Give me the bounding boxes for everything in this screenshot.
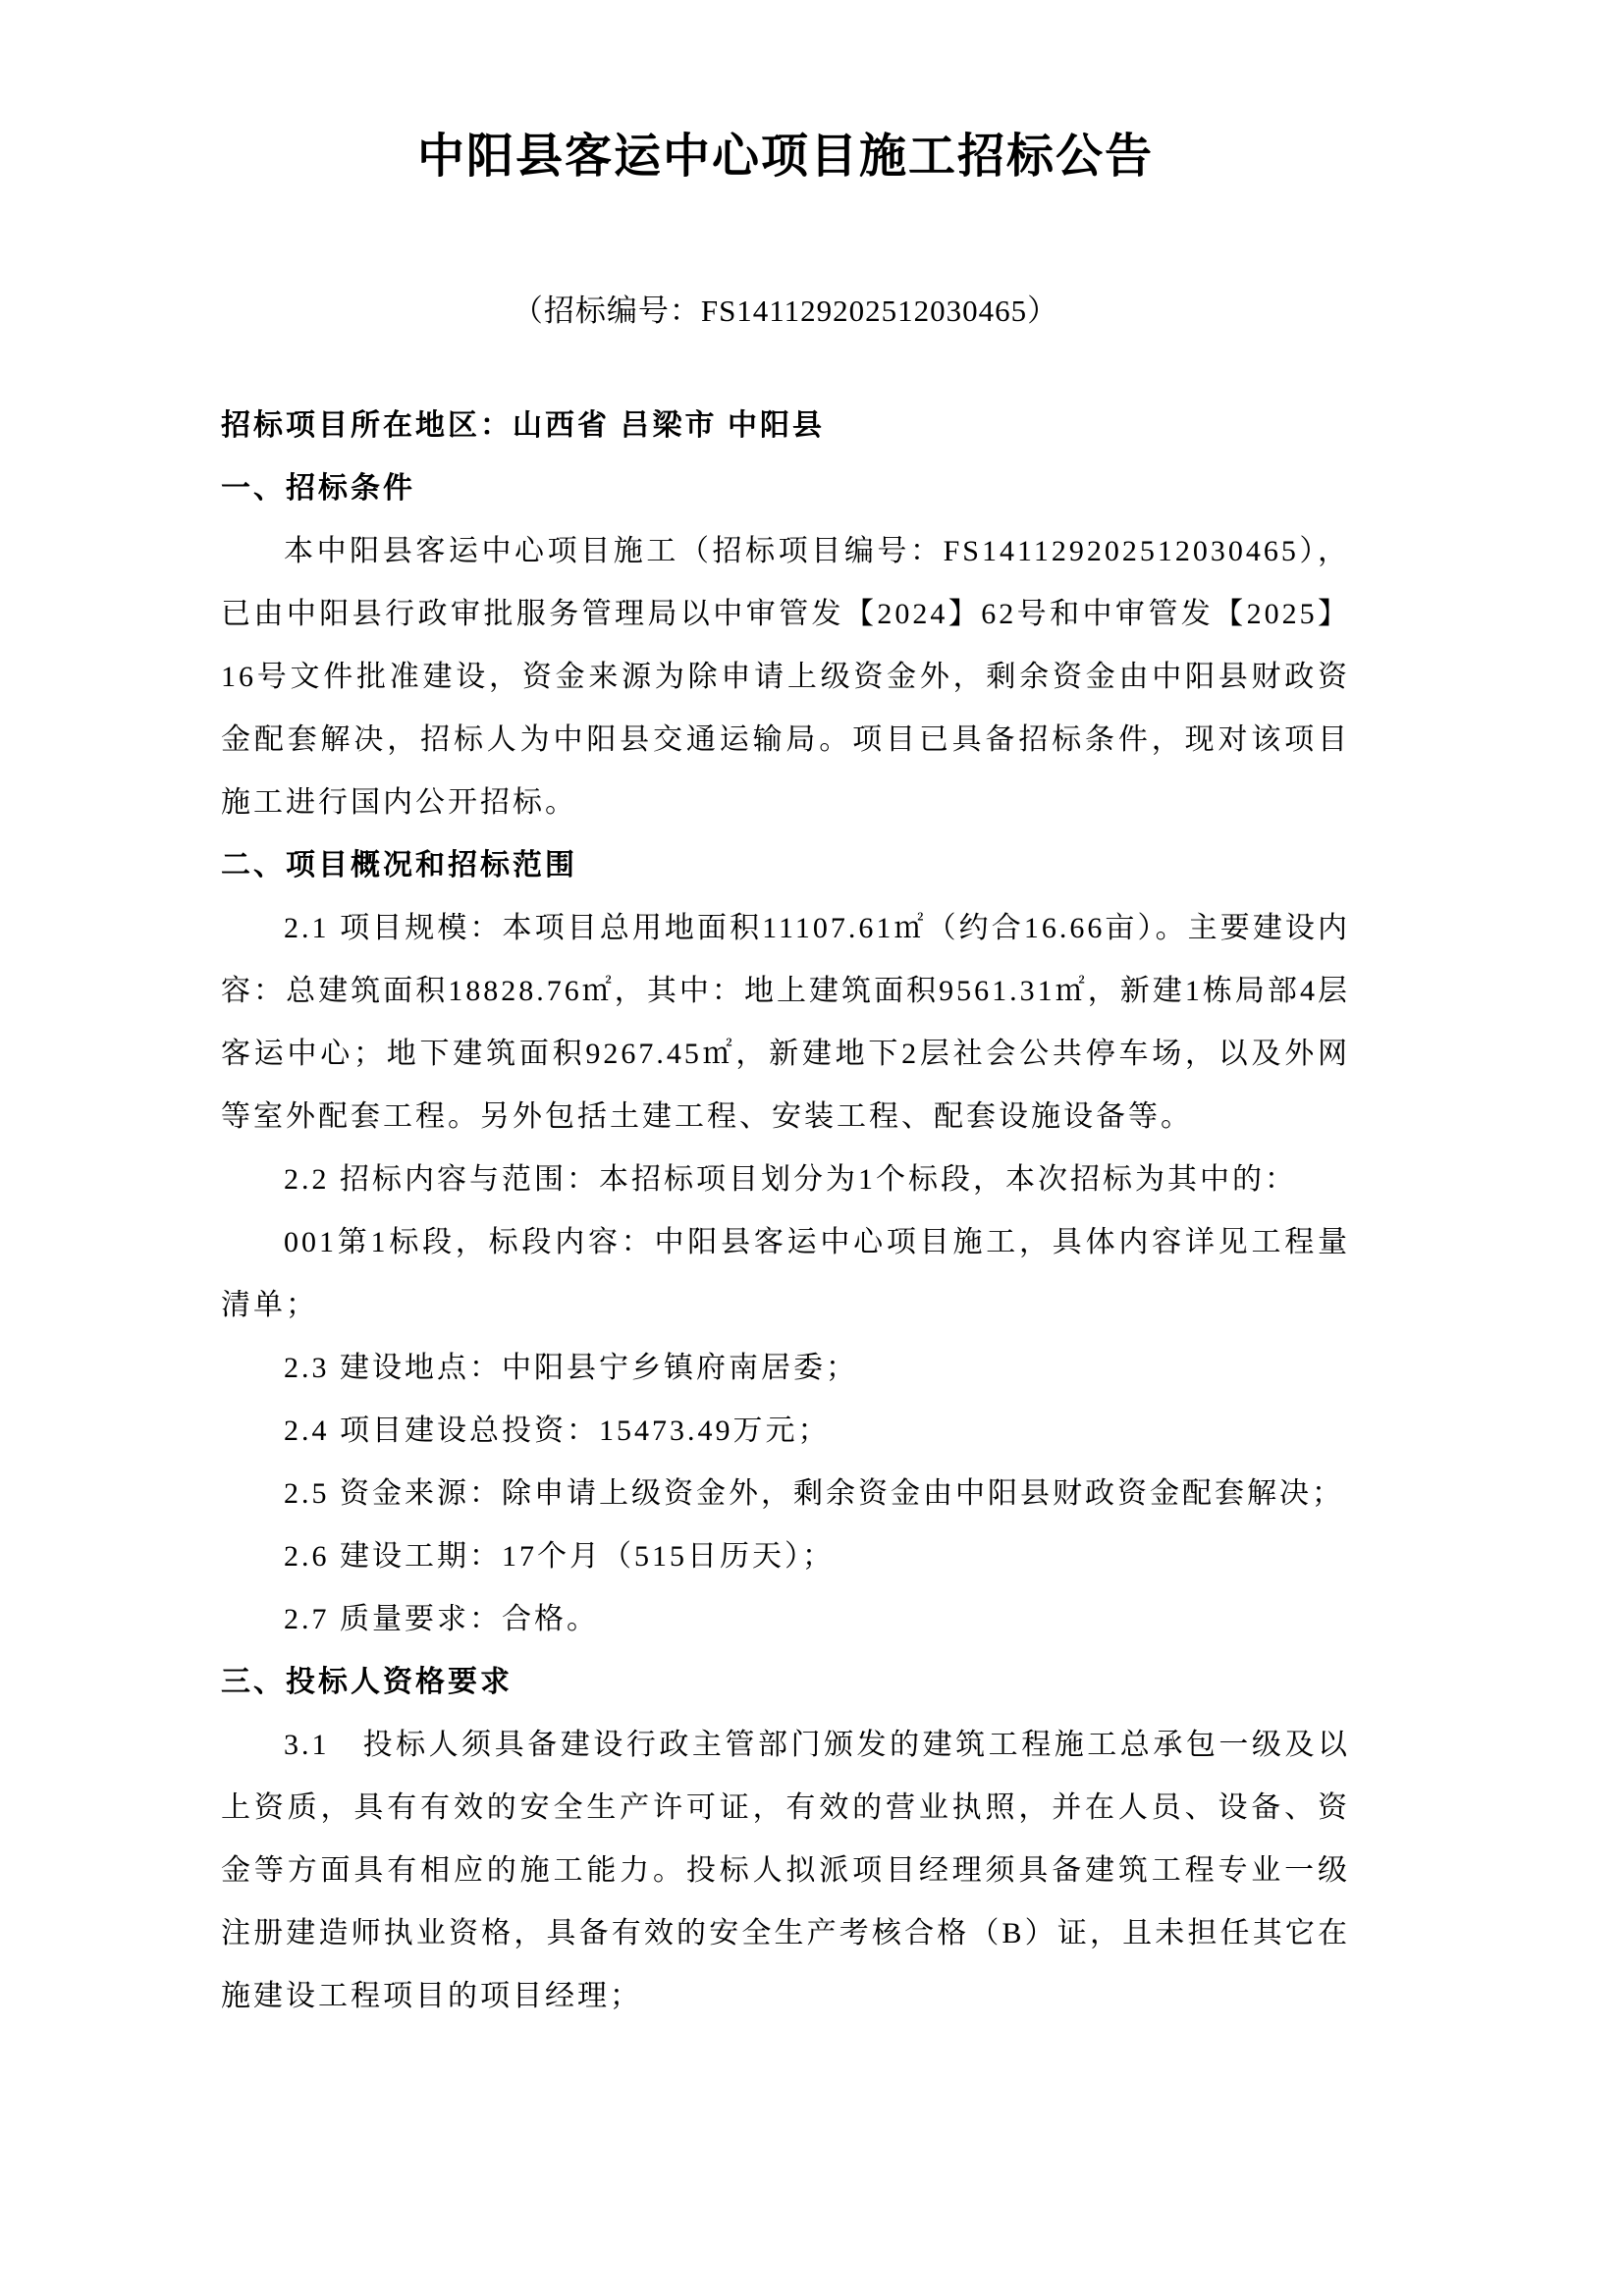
tender-number-line: （招标编号：FS141129202512030465） [221,291,1350,332]
section-1-paragraph: 本中阳县客运中心项目施工（招标项目编号：FS141129202512030465… [221,520,1350,834]
section-2-heading: 二、项目概况和招标范围 [221,834,1350,897]
clause-3-1: 3.1 投标人须具备建设行政主管部门颁发的建筑工程施工总承包一级及以上资质，具有… [221,1714,1350,2028]
region-line: 招标项目所在地区：山西省 吕梁市 中阳县 [221,395,1350,457]
section-1-heading: 一、招标条件 [221,457,1350,520]
clause-2-1: 2.1 项目规模：本项目总用地面积11107.61㎡（约合16.66亩）。主要建… [221,897,1350,1148]
section-3-heading: 三、投标人资格要求 [221,1651,1350,1714]
clause-2-6: 2.6 建设工期：17个月（515日历天）； [221,1525,1350,1588]
clause-2-3: 2.3 建设地点：中阳县宁乡镇府南居委； [221,1337,1350,1400]
clause-2-4: 2.4 项目建设总投资：15473.49万元； [221,1400,1350,1463]
document-title: 中阳县客运中心项目施工招标公告 [221,128,1350,187]
document-content: 中阳县客运中心项目施工招标公告 （招标编号：FS1411292025120304… [221,0,1350,2028]
lot-001-paragraph: 001第1标段，标段内容：中阳县客运中心项目施工，具体内容详见工程量清单； [221,1211,1350,1337]
clause-2-7: 2.7 质量要求：合格。 [221,1588,1350,1651]
document-body: 招标项目所在地区：山西省 吕梁市 中阳县 一、招标条件 本中阳县客运中心项目施工… [221,395,1350,2028]
document-page: 中阳县客运中心项目施工招标公告 （招标编号：FS1411292025120304… [0,0,1624,2296]
clause-2-5: 2.5 资金来源：除申请上级资金外，剩余资金由中阳县财政资金配套解决； [221,1463,1350,1525]
clause-2-2: 2.2 招标内容与范围：本招标项目划分为1个标段，本次招标为其中的： [221,1148,1350,1211]
